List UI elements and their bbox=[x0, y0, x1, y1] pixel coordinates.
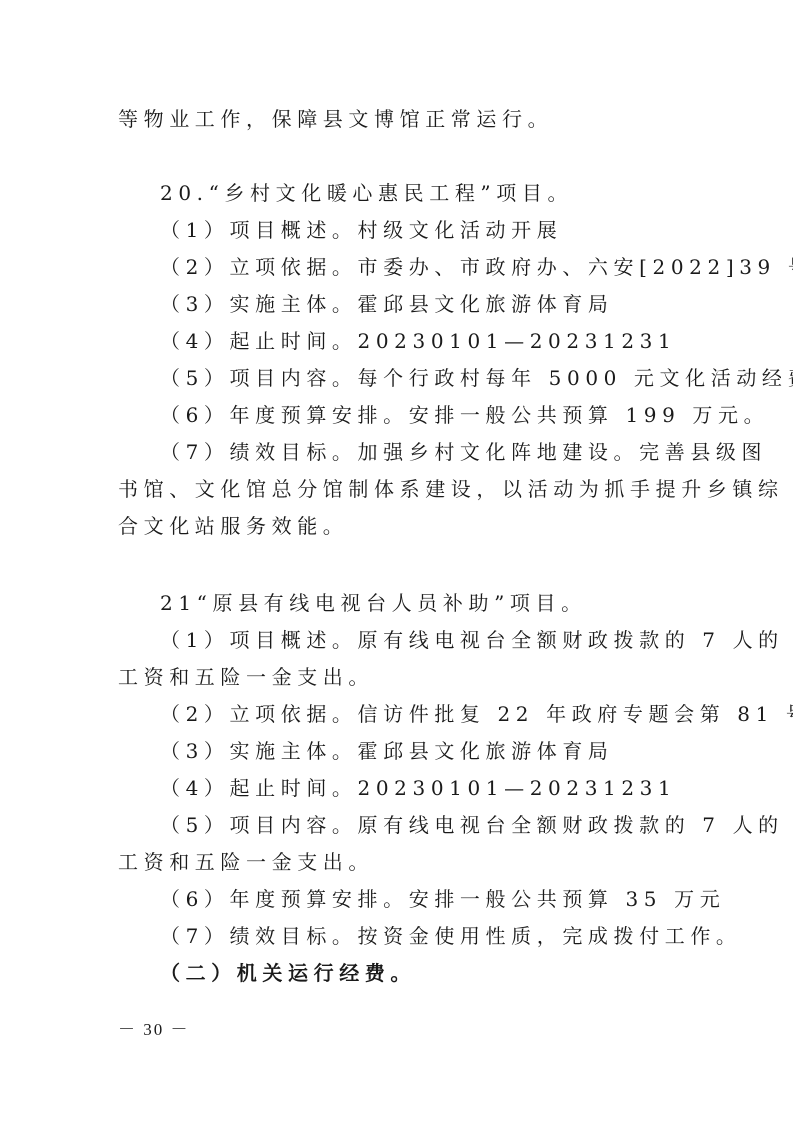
document-page: 等物业工作，保障县文博馆正常运行。 20.“乡村文化暖心惠民工程”项目。 （1）… bbox=[0, 0, 793, 1122]
project-20-item-6: （6）年度预算安排。安排一般公共预算 199 万元。 bbox=[160, 397, 720, 434]
project-21-heading: 21“原县有线电视台人员补助”项目。 bbox=[160, 585, 720, 622]
project-20-item-2: （2）立项依据。市委办、市政府办、六安[2022]39 号 bbox=[160, 249, 720, 286]
project-20-item-7: （7）绩效目标。加强乡村文化阵地建设。完善县级图 bbox=[160, 434, 720, 471]
project-20-item-1: （1）项目概述。村级文化活动开展 bbox=[160, 212, 720, 249]
project-21-item-7: （7）绩效目标。按资金使用性质，完成拨付工作。 bbox=[160, 918, 720, 955]
project-20-item-5: （5）项目内容。每个行政村每年 5000 元文化活动经费 bbox=[160, 360, 720, 397]
project-21-item-2: （2）立项依据。信访件批复 22 年政府专题会第 81 号 bbox=[160, 696, 720, 733]
project-20-item-7-cont: 合文化站服务效能。 bbox=[118, 508, 678, 545]
project-21-item-6: （6）年度预算安排。安排一般公共预算 35 万元 bbox=[160, 881, 720, 918]
project-21-item-5: （5）项目内容。原有线电视台全额财政拨款的 7 人的 bbox=[160, 807, 720, 844]
project-21-item-5-cont: 工资和五险一金支出。 bbox=[118, 844, 678, 881]
project-21-item-1: （1）项目概述。原有线电视台全额财政拨款的 7 人的 bbox=[160, 622, 720, 659]
project-21-item-4: （4）起止时间。20230101—20231231 bbox=[160, 770, 720, 807]
project-21-item-1-cont: 工资和五险一金支出。 bbox=[118, 659, 678, 696]
page-number: － 30 － bbox=[118, 1016, 190, 1044]
project-20-item-4: （4）起止时间。20230101—20231231 bbox=[160, 323, 720, 360]
project-21-item-3: （3）实施主体。霍邱县文化旅游体育局 bbox=[160, 733, 720, 770]
project-20-item-7-cont: 书馆、文化馆总分馆制体系建设，以活动为抓手提升乡镇综 bbox=[118, 471, 678, 508]
project-20-item-3: （3）实施主体。霍邱县文化旅游体育局 bbox=[160, 286, 720, 323]
section-heading: （二）机关运行经费。 bbox=[160, 955, 720, 992]
paragraph-continuation: 等物业工作，保障县文博馆正常运行。 bbox=[118, 101, 678, 138]
project-20-heading: 20.“乡村文化暖心惠民工程”项目。 bbox=[160, 175, 720, 212]
